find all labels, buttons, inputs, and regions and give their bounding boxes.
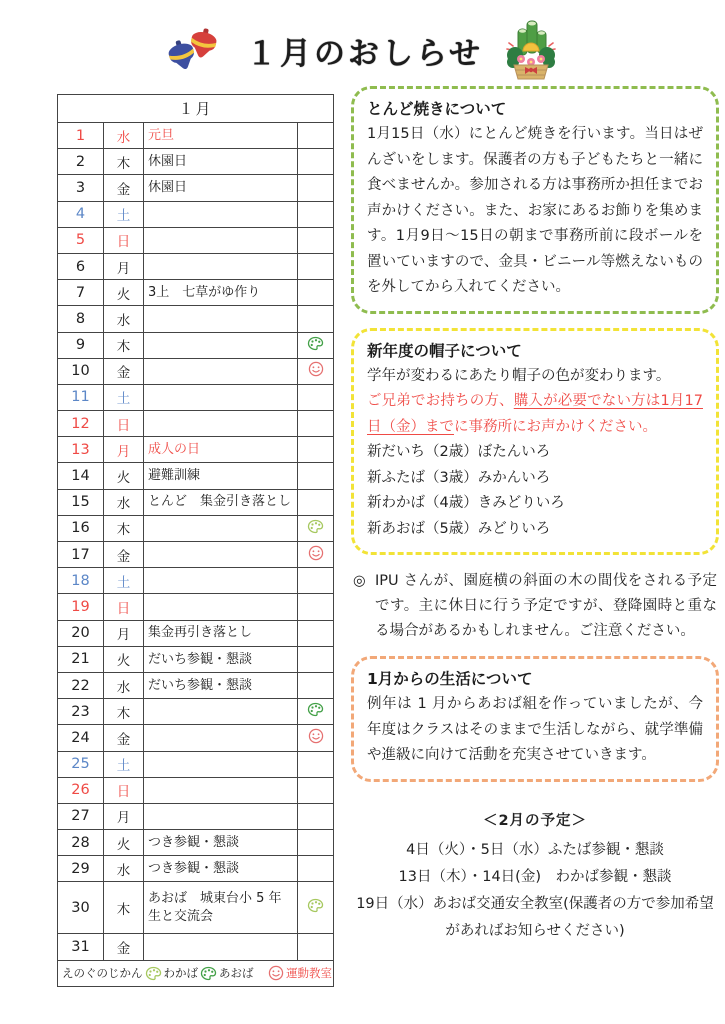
palette-light-icon [145, 966, 162, 981]
date-cell: 12 [58, 411, 104, 437]
tondo-notice-title: とんど焼きについて [367, 97, 703, 122]
day-cell: 火 [104, 280, 144, 306]
day-cell: 月 [104, 803, 144, 829]
calendar-row-jan-25: 25土 [58, 751, 334, 777]
day-cell: 土 [104, 568, 144, 594]
tondo-notice-box: とんど焼きについて 1月15日（水）にとんど焼きを行います。当日はぜんざいをしま… [351, 86, 719, 314]
date-cell: 25 [58, 751, 104, 777]
icon-cell [298, 672, 334, 698]
smiley-icon [298, 725, 334, 751]
kadomatsu-icon [501, 19, 561, 81]
event-cell [144, 934, 298, 960]
icon-cell [298, 620, 334, 646]
palette-light-icon [298, 515, 334, 541]
life-notice-body: 例年は 1 月からあおば組を作っていましたが、今年度はクラスはそのままで生活しな… [367, 692, 703, 769]
legend-text: わかば [164, 965, 199, 981]
date-cell: 22 [58, 672, 104, 698]
day-cell: 火 [104, 463, 144, 489]
ipu-note-body: IPU さんが、園庭横の斜面の木の間伐をされる予定です。主に休日に行う予定ですが… [375, 569, 717, 644]
event-cell: つき参観・懇談 [144, 856, 298, 882]
event-cell [144, 332, 298, 358]
event-cell [144, 201, 298, 227]
event-cell [144, 358, 298, 384]
calendar-row-jan-2: 2木休園日 [58, 149, 334, 175]
event-cell [144, 699, 298, 725]
february-schedule-line: 13日（木）・14日(金) わかば参観・懇談 [351, 864, 719, 891]
calendar-legend: えのぐのじかんわかばあおば 運動教室 [58, 960, 334, 986]
date-cell: 1 [58, 123, 104, 149]
calendar-header-row: １月 [58, 95, 334, 123]
hat-color-item: 新ふたば（3歳）みかんいろ [367, 466, 703, 492]
ipu-note: ◎ IPU さんが、園庭横の斜面の木の間伐をされる予定です。主に休日に行う予定で… [353, 569, 717, 644]
hat-color-item: 新だいち（2歳）ぼたんいろ [367, 440, 703, 466]
date-cell: 3 [58, 175, 104, 201]
event-cell [144, 306, 298, 332]
icon-cell [298, 149, 334, 175]
event-cell: 成人の日 [144, 437, 298, 463]
date-cell: 20 [58, 620, 104, 646]
event-cell [144, 384, 298, 410]
calendar-row-jan-4: 4土 [58, 201, 334, 227]
icon-cell [298, 856, 334, 882]
date-cell: 21 [58, 646, 104, 672]
event-cell [144, 515, 298, 541]
date-cell: 5 [58, 227, 104, 253]
hat-color-item: 新あおば（5歳）みどりいろ [367, 517, 703, 543]
date-cell: 29 [58, 856, 104, 882]
calendar-row-jan-1: 1水元旦 [58, 123, 334, 149]
event-cell: 休園日 [144, 149, 298, 175]
icon-cell [298, 568, 334, 594]
event-cell [144, 253, 298, 279]
palette-green-icon [298, 699, 334, 725]
day-cell: 木 [104, 882, 144, 934]
smiley-icon [268, 965, 284, 981]
day-cell: 木 [104, 332, 144, 358]
day-cell: 木 [104, 515, 144, 541]
event-cell [144, 777, 298, 803]
calendar-row-jan-22: 22水だいち参観・懇談 [58, 672, 334, 698]
legend-text: あおば [219, 965, 254, 981]
date-cell: 31 [58, 934, 104, 960]
date-cell: 18 [58, 568, 104, 594]
event-cell [144, 803, 298, 829]
icon-cell [298, 306, 334, 332]
legend-text: 運動教室 [286, 965, 332, 981]
calendar-row-jan-20: 20月集金再引き落とし [58, 620, 334, 646]
icon-cell [298, 934, 334, 960]
calendar-row-jan-27: 27月 [58, 803, 334, 829]
hat-notice-title: 新年度の帽子について [367, 339, 703, 364]
icon-cell [298, 227, 334, 253]
calendar-row-jan-31: 31金 [58, 934, 334, 960]
palette-green-icon [298, 332, 334, 358]
calendar-row-jan-9: 9木 [58, 332, 334, 358]
event-cell [144, 568, 298, 594]
legend-text: えのぐのじかん [62, 965, 143, 981]
day-cell: 日 [104, 594, 144, 620]
day-cell: 水 [104, 306, 144, 332]
date-cell: 8 [58, 306, 104, 332]
date-cell: 15 [58, 489, 104, 515]
hat-notice-red-text: ご兄弟でお持ちの方、購入が必要でない方は1月17日（金）までに事務所にお声かけく… [367, 389, 703, 440]
event-cell: とんど 集金引き落とし [144, 489, 298, 515]
date-cell: 19 [58, 594, 104, 620]
event-cell: だいち参観・懇談 [144, 672, 298, 698]
calendar-row-jan-14: 14火避難訓練 [58, 463, 334, 489]
date-cell: 9 [58, 332, 104, 358]
day-cell: 火 [104, 830, 144, 856]
notices-column: とんど焼きについて 1月15日（水）にとんど焼きを行います。当日はぜんざいをしま… [351, 86, 719, 945]
icon-cell [298, 830, 334, 856]
tondo-notice-body: 1月15日（水）にとんど焼きを行います。当日はぜんざいをします。保護者の方も子ど… [367, 122, 703, 301]
event-cell: つき参観・懇談 [144, 830, 298, 856]
event-cell [144, 725, 298, 751]
smiley-icon [298, 358, 334, 384]
newsletter-page: １月のおしらせ [0, 0, 725, 1024]
day-cell: 月 [104, 253, 144, 279]
day-cell: 水 [104, 489, 144, 515]
february-schedule-lines: 4日（火）・5日（水）ふたば参観・懇談13日（木）・14日(金) わかば参観・懇… [351, 837, 719, 945]
date-cell: 6 [58, 253, 104, 279]
icon-cell [298, 411, 334, 437]
hat-red-tail: に事務所にお声かけください。 [454, 419, 657, 435]
event-cell [144, 751, 298, 777]
calendar-row-jan-19: 19日 [58, 594, 334, 620]
day-cell: 金 [104, 358, 144, 384]
event-cell: あおば 城東台小 5 年生と交流会 [144, 882, 298, 934]
icon-cell [298, 175, 334, 201]
event-cell: 集金再引き落とし [144, 620, 298, 646]
date-cell: 10 [58, 358, 104, 384]
calendar-row-jan-30: 30木あおば 城東台小 5 年生と交流会 [58, 882, 334, 934]
hat-red-lead: ご兄弟でお持ちの方、 [367, 393, 514, 409]
palette-green-icon [200, 966, 217, 981]
page-title: １月のおしらせ [246, 28, 483, 73]
date-cell: 4 [58, 201, 104, 227]
calendar-row-jan-15: 15水とんど 集金引き落とし [58, 489, 334, 515]
life-notice-title: 1月からの生活について [367, 667, 703, 692]
calendar-row-jan-28: 28火つき参観・懇談 [58, 830, 334, 856]
date-cell: 17 [58, 542, 104, 568]
calendar-row-jan-6: 6月 [58, 253, 334, 279]
calendar-row-jan-29: 29水つき参観・懇談 [58, 856, 334, 882]
date-cell: 30 [58, 882, 104, 934]
icon-cell [298, 253, 334, 279]
event-cell: だいち参観・懇談 [144, 646, 298, 672]
icon-cell [298, 646, 334, 672]
calendar-row-jan-16: 16木 [58, 515, 334, 541]
hat-color-item: 新わかば（4歳）きみどりいろ [367, 491, 703, 517]
calendar-row-jan-8: 8水 [58, 306, 334, 332]
february-schedule: ＜2月の予定＞ 4日（火）・5日（水）ふたば参観・懇談13日（木）・14日(金)… [351, 808, 719, 945]
day-cell: 金 [104, 934, 144, 960]
calendar-row-jan-18: 18土 [58, 568, 334, 594]
calendar-row-jan-12: 12日 [58, 411, 334, 437]
day-cell: 土 [104, 751, 144, 777]
date-cell: 26 [58, 777, 104, 803]
icon-cell [298, 803, 334, 829]
january-calendar-table: １月 1水元旦2木休園日3金休園日4土5日6月7火3上 七草がゆ作り8水9木10… [57, 94, 334, 987]
day-cell: 木 [104, 149, 144, 175]
day-cell: 土 [104, 201, 144, 227]
day-cell: 水 [104, 856, 144, 882]
calendar-row-jan-5: 5日 [58, 227, 334, 253]
palette-light-icon [298, 882, 334, 934]
calendar-row-jan-3: 3金休園日 [58, 175, 334, 201]
page-header: １月のおしらせ [0, 18, 725, 82]
calendar-row-jan-7: 7火3上 七草がゆ作り [58, 280, 334, 306]
icon-cell [298, 463, 334, 489]
day-cell: 金 [104, 542, 144, 568]
hat-notice-intro: 学年が変わるにあたり帽子の色が変わります。 [367, 364, 703, 390]
hat-notice-box: 新年度の帽子について 学年が変わるにあたり帽子の色が変わります。 ご兄弟でお持ち… [351, 328, 719, 556]
calendar-row-jan-13: 13月成人の日 [58, 437, 334, 463]
legend-text [255, 965, 267, 981]
spinning-tops-icon [164, 25, 228, 75]
day-cell: 日 [104, 227, 144, 253]
icon-cell [298, 751, 334, 777]
calendar-row-jan-24: 24金 [58, 725, 334, 751]
event-cell [144, 227, 298, 253]
date-cell: 2 [58, 149, 104, 175]
day-cell: 月 [104, 620, 144, 646]
event-cell: 避難訓練 [144, 463, 298, 489]
calendar-row-jan-17: 17金 [58, 542, 334, 568]
day-cell: 水 [104, 672, 144, 698]
calendar-row-jan-21: 21火だいち参観・懇談 [58, 646, 334, 672]
calendar-legend-row: えのぐのじかんわかばあおば 運動教室 [58, 960, 334, 986]
date-cell: 7 [58, 280, 104, 306]
icon-cell [298, 594, 334, 620]
icon-cell [298, 201, 334, 227]
icon-cell [298, 437, 334, 463]
day-cell: 金 [104, 725, 144, 751]
day-cell: 木 [104, 699, 144, 725]
event-cell [144, 411, 298, 437]
date-cell: 11 [58, 384, 104, 410]
hat-color-list: 新だいち（2歳）ぼたんいろ新ふたば（3歳）みかんいろ新わかば（4歳）きみどりいろ… [367, 440, 703, 542]
date-cell: 16 [58, 515, 104, 541]
life-notice-box: 1月からの生活について 例年は 1 月からあおば組を作っていましたが、今年度はク… [351, 656, 719, 782]
day-cell: 日 [104, 777, 144, 803]
calendar-row-jan-23: 23木 [58, 699, 334, 725]
date-cell: 27 [58, 803, 104, 829]
event-cell: 休園日 [144, 175, 298, 201]
icon-cell [298, 777, 334, 803]
february-schedule-line: 4日（火）・5日（水）ふたば参観・懇談 [351, 837, 719, 864]
icon-cell [298, 384, 334, 410]
calendar-row-jan-11: 11土 [58, 384, 334, 410]
smiley-icon [298, 542, 334, 568]
day-cell: 火 [104, 646, 144, 672]
ipu-note-marker: ◎ [353, 569, 369, 644]
date-cell: 13 [58, 437, 104, 463]
date-cell: 24 [58, 725, 104, 751]
calendar-month-header: １月 [58, 95, 334, 123]
event-cell [144, 542, 298, 568]
icon-cell [298, 280, 334, 306]
date-cell: 28 [58, 830, 104, 856]
event-cell [144, 594, 298, 620]
event-cell: 元旦 [144, 123, 298, 149]
icon-cell [298, 489, 334, 515]
day-cell: 金 [104, 175, 144, 201]
day-cell: 土 [104, 384, 144, 410]
day-cell: 月 [104, 437, 144, 463]
calendar-row-jan-26: 26日 [58, 777, 334, 803]
day-cell: 水 [104, 123, 144, 149]
february-schedule-header: ＜2月の予定＞ [351, 808, 719, 835]
icon-cell [298, 123, 334, 149]
date-cell: 23 [58, 699, 104, 725]
day-cell: 日 [104, 411, 144, 437]
february-schedule-line: 19日（水）あおば交通安全教室(保護者の方で参加希望があればお知らせください) [351, 891, 719, 945]
date-cell: 14 [58, 463, 104, 489]
calendar-row-jan-10: 10金 [58, 358, 334, 384]
event-cell: 3上 七草がゆ作り [144, 280, 298, 306]
